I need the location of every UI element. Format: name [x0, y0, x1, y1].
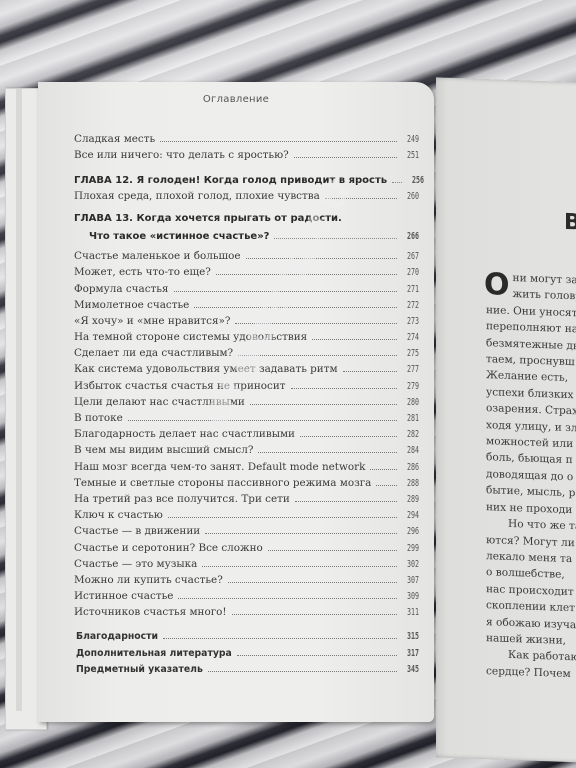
page-number: 271	[406, 283, 419, 296]
toc-entry: Мимолетное счастье272	[74, 296, 419, 312]
toc-entry: Можно ли купить счастье?307	[74, 571, 419, 587]
page-number: 286	[406, 461, 419, 474]
page-number: 315	[406, 630, 419, 643]
page-number: 281	[406, 412, 419, 425]
leader-dots	[208, 671, 397, 672]
leader-dots	[246, 258, 397, 259]
toc-entry: Счастье — это музыка302	[74, 555, 419, 571]
leader-dots	[128, 420, 397, 421]
leader-dots	[295, 501, 397, 502]
toc-entry: Наш мозг всегда чем-то занят. Default mo…	[74, 457, 419, 473]
left-page: Оглавление Сладкая месть249Все или ничег…	[38, 82, 434, 722]
leader-dots	[216, 274, 397, 275]
toc-entry: Сделает ли еда счастливым?275	[74, 344, 419, 360]
toc-entry: Сладкая месть249	[74, 130, 419, 146]
leader-dots	[235, 323, 397, 324]
toc-entry: Истинное счастье309	[74, 587, 419, 603]
leader-dots	[250, 404, 397, 405]
toc-entry: Счастье маленькое и большое267	[74, 247, 419, 263]
page-number: 251	[406, 149, 419, 162]
toc-entry: Счастье и серотонин? Все сложно299	[74, 538, 419, 554]
leader-dots	[258, 452, 397, 453]
page-number: 309	[406, 590, 419, 603]
toc-entry: В чем мы видим высший смысл?284	[74, 441, 419, 457]
page-number: 280	[406, 396, 419, 409]
leader-dots	[232, 614, 397, 615]
toc-entry: Ключ к счастью294	[74, 506, 419, 522]
leader-dots	[202, 566, 397, 567]
leader-dots	[160, 141, 397, 142]
toc-entry: Как система удовольствия умеет задавать …	[74, 360, 419, 376]
toc-entry: На третий раз все получится. Три сети289	[74, 490, 419, 506]
page-number: 284	[406, 444, 419, 457]
page-number: 277	[406, 363, 419, 376]
page-number: 260	[406, 190, 419, 203]
toc-entry: В потоке281	[74, 409, 419, 425]
toc-entry: Предметный указатель345	[74, 660, 419, 676]
text-line: сердце? Почем	[486, 663, 576, 686]
leader-dots	[294, 157, 397, 158]
page-number: 302	[406, 558, 419, 571]
table-of-contents: Сладкая месть249Все или ничего: что дела…	[74, 130, 419, 676]
leader-dots	[205, 533, 397, 534]
toc-entry: Цели делают нас счастливыми280	[74, 393, 419, 409]
leader-dots	[312, 339, 397, 340]
toc-chapter-13: ГЛАВА 13. Когда хочется прыгать от радос…	[74, 211, 419, 243]
leader-dots	[274, 238, 397, 239]
page-number: 273	[406, 315, 419, 328]
leader-dots	[238, 355, 397, 356]
leader-dots	[178, 598, 397, 599]
page-number: 294	[406, 509, 419, 522]
page-number: 299	[406, 542, 419, 555]
page-number: 307	[406, 574, 419, 587]
page-number: 274	[406, 331, 419, 344]
running-head: Оглавление	[38, 94, 434, 105]
leader-dots	[194, 307, 397, 308]
page-number: 272	[406, 299, 419, 312]
toc-entry: Счастье — в движении296	[74, 522, 419, 538]
toc-entry: Может, есть что-то еще?270	[74, 263, 419, 279]
leader-dots	[370, 469, 397, 470]
toc-entry: Темные и светлые стороны пассивного режи…	[74, 474, 419, 490]
toc-entry: Благодарность делает нас счастливыми282	[74, 425, 419, 441]
leader-dots	[376, 485, 397, 486]
page-number: 267	[406, 250, 419, 263]
leader-dots	[291, 388, 397, 389]
leader-dots	[163, 638, 397, 639]
drop-cap: О	[484, 271, 510, 300]
page-number: 345	[406, 663, 419, 676]
chapter-heading-fragment: В	[564, 210, 576, 236]
page-number: 282	[406, 428, 419, 441]
toc-entry: Источников счастья много!311	[74, 603, 419, 619]
page-number: 279	[406, 380, 419, 393]
leader-dots	[300, 436, 397, 437]
leader-dots	[325, 198, 397, 199]
toc-entry: Избыток счастья счастья не приносит279	[74, 376, 419, 392]
toc-entry: Все или ничего: что делать с яростью?251	[74, 146, 419, 162]
body-text: О ни могут закржить голову,ние. Они унос…	[486, 269, 576, 686]
page-number: 317	[406, 647, 419, 660]
page-number: 270	[406, 266, 419, 279]
toc-entry: Формула счастья271	[74, 279, 419, 295]
page-number: 249	[406, 133, 419, 146]
leader-dots	[168, 517, 397, 518]
page-number: 288	[406, 477, 419, 490]
leader-dots	[228, 582, 397, 583]
toc-chapter-12: ГЛАВА 12. Я голоден! Когда голод приводи…	[74, 170, 419, 186]
page-number: 289	[406, 493, 419, 506]
page-number: 275	[406, 347, 419, 360]
leader-dots	[237, 655, 397, 656]
toc-entry: Дополнительная литература317	[74, 643, 419, 659]
leader-dots	[392, 182, 402, 183]
leader-dots	[268, 550, 397, 551]
toc-entry: На темной стороне системы удовольствия27…	[74, 328, 419, 344]
leader-dots	[174, 291, 398, 292]
page-number: 296	[406, 525, 419, 538]
leader-dots	[343, 371, 397, 372]
right-page: В О ни могут закржить голову,ние. Они ун…	[436, 77, 576, 762]
toc-entry: Благодарности315	[74, 627, 419, 643]
page-number: 311	[406, 606, 419, 619]
page-stack	[16, 89, 22, 711]
toc-entry: Плохая среда, плохой голод, плохие чувст…	[74, 187, 419, 203]
toc-entry: «Я хочу» и «мне нравится»?273	[74, 312, 419, 328]
